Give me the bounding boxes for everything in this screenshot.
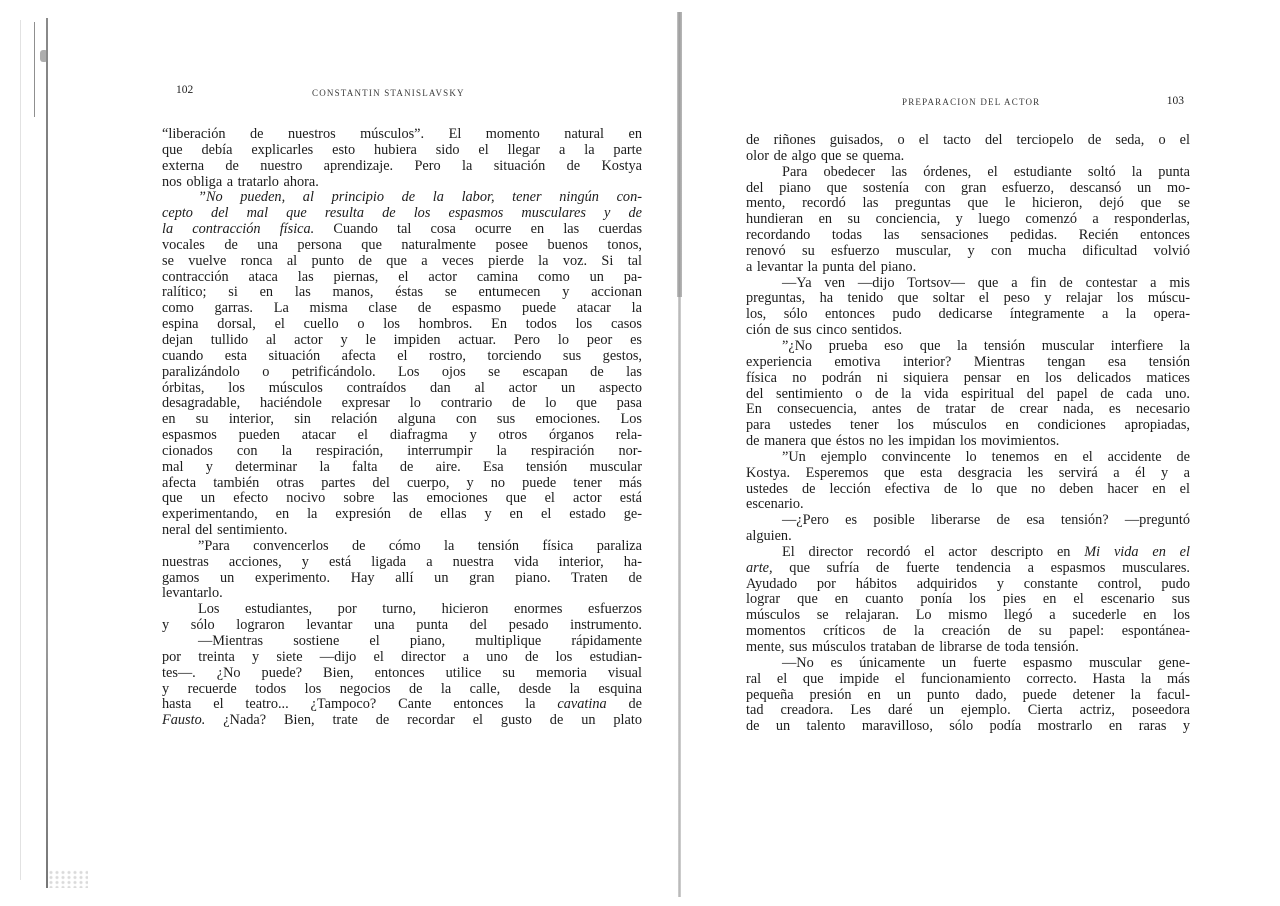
line-text: momentos críticos de la creación de su p… (746, 623, 1190, 639)
running-head-title: PREPARACION DEL ACTOR (902, 97, 1040, 107)
page-body-text: de riñones guisados, o el tacto del terc… (746, 133, 1190, 735)
line-text: en su interior, sin relación alguna con … (162, 411, 642, 427)
text-line: preguntas, ha tenido que soltar el peso … (746, 291, 1190, 307)
line-text: que un efecto nocivo sobre las emociones… (162, 490, 642, 506)
text-line: escenario. (746, 497, 1190, 513)
text-line: dejan tullido al actor y le impiden actu… (162, 333, 642, 349)
line-text: ción de sus cinco sentidos. (746, 322, 902, 338)
text-line: hasta el teatro... ¿Tampoco? Cante enton… (162, 697, 642, 713)
text-line: Kostya. Esperemos que esta desgracia les… (746, 466, 1190, 482)
italic-text: Fausto. (162, 712, 205, 728)
line-text: ustedes de lección efectiva de lo que no… (746, 481, 1190, 497)
line-text: escenario. (746, 496, 804, 512)
text-line: gamos un experimento. Hay allí un gran p… (162, 571, 642, 587)
text-line: espasmos pueden atacar el diafragma y ot… (162, 428, 642, 444)
line-text: que sufría de fuerte tendencia a espasmo… (773, 560, 1190, 576)
line-text: afecta también otras partes del cuerpo, … (162, 475, 642, 491)
text-line: ”Un ejemplo convincente lo tenemos en el… (746, 450, 1190, 466)
line-text: y recuerde todos los negocios de la call… (162, 681, 642, 697)
page-number: 102 (176, 84, 193, 96)
italic-text: cavatina (557, 696, 606, 712)
line-text: de manera que éstos no les impidan los m… (746, 433, 1059, 449)
book-gutter-line (678, 297, 681, 897)
text-line: levantarlo. (162, 586, 642, 602)
line-text: tes—. ¿No puede? Bien, entonces utilice … (162, 665, 642, 681)
line-text: hundieran en su conciencia, y luego come… (746, 211, 1190, 227)
text-line: de manera que éstos no les impidan los m… (746, 434, 1190, 450)
line-text: ”¿No prueba eso que la tensión muscular … (782, 338, 1190, 354)
line-text: nos obliga a tratarlo ahora. (162, 174, 319, 190)
text-line: recordando todas las sensaciones pedidas… (746, 228, 1190, 244)
line-text: a levantar la punta del piano. (746, 259, 916, 275)
text-line: neral del sentimiento. (162, 523, 642, 539)
line-text: mento, recordó las preguntas que le hici… (746, 195, 1190, 211)
text-line: en su interior, sin relación alguna con … (162, 412, 642, 428)
text-line: hundieran en su conciencia, y luego come… (746, 212, 1190, 228)
line-text: pequeña presión en un punto dado, puede … (746, 687, 1190, 703)
running-head-title: CONSTANTIN STANISLAVSKY (312, 88, 465, 98)
line-text: hasta el teatro... ¿Tampoco? Cante enton… (162, 696, 557, 712)
text-line: órbitas, los músculos contraídos dan al … (162, 381, 642, 397)
line-text: —¿Pero es posible liberarse de esa tensi… (782, 512, 1190, 528)
line-text: Kostya. Esperemos que esta desgracia les… (746, 465, 1190, 481)
left-page: 102 CONSTANTIN STANISLAVSKY “liberación … (162, 84, 642, 729)
line-text: física no podrán ni siquiera pensar en l… (746, 370, 1190, 386)
line-text: y sólo lograron levantar una punta del p… (162, 617, 642, 633)
text-line: El director recordó el actor descripto e… (746, 545, 1190, 561)
line-text: órbitas, los músculos contraídos dan al … (162, 380, 642, 396)
italic-text: arte, (746, 560, 773, 576)
text-line: afecta también otras partes del cuerpo, … (162, 476, 642, 492)
line-text: —Mientras sostiene el piano, multiplique… (198, 633, 642, 649)
line-text: del piano que sostenía con gran esfuerzo… (746, 180, 1190, 196)
text-line: contracción ataca las piernas, el actor … (162, 270, 642, 286)
line-text: Para obedecer las órdenes, el estudiante… (782, 164, 1190, 180)
line-text: espasmos pueden atacar el diafragma y ot… (162, 427, 642, 443)
text-line: —¿Pero es posible liberarse de esa tensi… (746, 513, 1190, 529)
text-line: y recuerde todos los negocios de la call… (162, 682, 642, 698)
line-text: Los estudiantes, por turno, hicieron eno… (198, 601, 642, 617)
text-line: que un efecto nocivo sobre las emociones… (162, 491, 642, 507)
text-line: nuestras acciones, y está ligada a nuest… (162, 555, 642, 571)
italic-text: la contracción física. (162, 221, 314, 237)
text-line: de riñones guisados, o el tacto del terc… (746, 133, 1190, 149)
text-line: cuando esta situación afecta el rostro, … (162, 349, 642, 365)
text-line: vocales de una persona que naturalmente … (162, 238, 642, 254)
line-text: ralítico; si en las manos, éstas se entu… (162, 284, 642, 300)
text-line: músculos se relajaran. Lo mismo llegó a … (746, 608, 1190, 624)
text-line: renovó su esfuerzo muscular, y con mucha… (746, 244, 1190, 260)
text-line: se vuelve ronca al punto de que a veces … (162, 254, 642, 270)
text-line: ción de sus cinco sentidos. (746, 323, 1190, 339)
text-line: lograr que en cuanto ponía los pies en e… (746, 592, 1190, 608)
line-text: neral del sentimiento. (162, 522, 287, 538)
right-page: PREPARACION DEL ACTOR 103 de riñones gui… (746, 92, 1190, 735)
book-gutter-shadow (677, 12, 682, 297)
line-text: por treinta y siete —dijo el director a … (162, 649, 642, 665)
text-line: momentos críticos de la creación de su p… (746, 624, 1190, 640)
line-text: renovó su esfuerzo muscular, y con mucha… (746, 243, 1190, 259)
line-text: paralizándolo o petrificándolo. Los ojos… (162, 364, 642, 380)
line-text: tad creadora. Les daré un ejemplo. Ciert… (746, 702, 1190, 718)
text-line: para ustedes tener los músculos en condi… (746, 418, 1190, 434)
line-text: ”Un ejemplo convincente lo tenemos en el… (782, 449, 1190, 465)
line-text: desagradable, haciéndole expresar lo con… (162, 395, 642, 411)
line-text: cepto del mal que resulta de los espasmo… (162, 205, 642, 221)
line-text: para ustedes tener los músculos en condi… (746, 417, 1190, 433)
text-line: —No es únicamente un fuerte espasmo musc… (746, 656, 1190, 672)
page-body-text: “liberación de nuestros músculos”. El mo… (162, 127, 642, 729)
text-line: mal y determinar la falta de aire. Esa t… (162, 460, 642, 476)
scan-dust (48, 870, 88, 888)
line-text: contracción ataca las piernas, el actor … (162, 269, 642, 285)
line-text: cuando esta situación afecta el rostro, … (162, 348, 642, 364)
line-text: Cuando tal cosa ocurre en las cuerdas (314, 221, 642, 237)
line-text: como garras. La misma clase de espasmo p… (162, 300, 642, 316)
text-line: como garras. La misma clase de espasmo p… (162, 301, 642, 317)
scan-edge-left-outer (20, 20, 21, 880)
text-line: ralítico; si en las manos, éstas se entu… (162, 285, 642, 301)
line-text: —No es únicamente un fuerte espasmo musc… (782, 655, 1190, 671)
text-line: la contracción física. Cuando tal cosa o… (162, 222, 642, 238)
text-line: —Ya ven —dijo Tortsov— que a fin de cont… (746, 276, 1190, 292)
line-text: de un talento maravilloso, sólo podía mo… (746, 718, 1190, 734)
line-text: —Ya ven —dijo Tortsov— que a fin de cont… (782, 275, 1190, 291)
text-line: nos obliga a tratarlo ahora. (162, 175, 642, 191)
text-line: experiencia emotiva interior? Mientras t… (746, 355, 1190, 371)
text-line: Fausto. ¿Nada? Bien, trate de recordar e… (162, 713, 642, 729)
line-text: alguien. (746, 528, 792, 544)
text-line: ustedes de lección efectiva de lo que no… (746, 482, 1190, 498)
text-line: del piano que sostenía con gran esfuerzo… (746, 181, 1190, 197)
line-text: mente, sus músculos trataban de librarse… (746, 639, 1079, 655)
text-line: mento, recordó las preguntas que le hici… (746, 196, 1190, 212)
line-text: ¿Nada? Bien, trate de recordar el gusto … (205, 712, 642, 728)
line-text: se vuelve ronca al punto de que a veces … (162, 253, 642, 269)
text-line: ral el que impide el funcionamiento corr… (746, 672, 1190, 688)
line-text: músculos se relajaran. Lo mismo llegó a … (746, 607, 1190, 623)
text-line: desagradable, haciéndole expresar lo con… (162, 396, 642, 412)
text-line: de un talento maravilloso, sólo podía mo… (746, 719, 1190, 735)
text-line: por treinta y siete —dijo el director a … (162, 650, 642, 666)
line-text: experiencia emotiva interior? Mientras t… (746, 354, 1190, 370)
text-line: cepto del mal que resulta de los espasmo… (162, 206, 642, 222)
line-text: externa de nuestro aprendizaje. Pero la … (162, 158, 642, 174)
text-line: ”¿No prueba eso que la tensión muscular … (746, 339, 1190, 355)
line-text: vocales de una persona que naturalmente … (162, 237, 642, 253)
text-line: paralizándolo o petrificándolo. Los ojos… (162, 365, 642, 381)
running-head-right: PREPARACION DEL ACTOR 103 (746, 92, 1190, 112)
text-line: física no podrán ni siquiera pensar en l… (746, 371, 1190, 387)
text-line: del sentimiento o de la vida espiritual … (746, 387, 1190, 403)
line-text: preguntas, ha tenido que soltar el peso … (746, 290, 1190, 306)
line-text: dejan tullido al actor y le impiden actu… (162, 332, 642, 348)
line-text: gamos un experimento. Hay allí un gran p… (162, 570, 642, 586)
line-text: mal y determinar la falta de aire. Esa t… (162, 459, 642, 475)
line-text: olor de algo que se quema. (746, 148, 904, 164)
text-line: Para obedecer las órdenes, el estudiante… (746, 165, 1190, 181)
scan-edge-left-inner (34, 22, 35, 117)
text-line: espina dorsal, el cuello o los hombros. … (162, 317, 642, 333)
text-line: mente, sus músculos trataban de librarse… (746, 640, 1190, 656)
text-line: ”No pueden, al principio de la labor, te… (162, 190, 642, 206)
text-line: “liberación de nuestros músculos”. El mo… (162, 127, 642, 143)
line-text: Ayudado por hábitos adquiridos y constan… (746, 576, 1190, 592)
text-line: tad creadora. Les daré un ejemplo. Ciert… (746, 703, 1190, 719)
page-number: 103 (1167, 95, 1184, 107)
line-text: que debía explicarles esto hubiera sido … (162, 142, 642, 158)
text-line: En consecuencia, antes de tratar de crea… (746, 402, 1190, 418)
line-text: “liberación de nuestros músculos”. El mo… (162, 126, 642, 142)
text-line: olor de algo que se quema. (746, 149, 1190, 165)
text-line: ”Para convencerlos de cómo la tensión fí… (162, 539, 642, 555)
line-text: de riñones guisados, o el tacto del terc… (746, 132, 1190, 148)
line-text: El director recordó el actor descripto e… (782, 544, 1084, 560)
line-text: ral el que impide el funcionamiento corr… (746, 671, 1190, 687)
line-text: recordando todas las sensaciones pedidas… (746, 227, 1190, 243)
line-text: levantarlo. (162, 585, 223, 601)
text-line: tes—. ¿No puede? Bien, entonces utilice … (162, 666, 642, 682)
italic-text: Mi vida en el (1084, 544, 1190, 560)
text-line: experimentando, en la expresión de ellas… (162, 507, 642, 523)
text-line: a levantar la punta del piano. (746, 260, 1190, 276)
line-text: del sentimiento o de la vida espiritual … (746, 386, 1190, 402)
running-head-left: 102 CONSTANTIN STANISLAVSKY (162, 84, 642, 104)
line-text: En consecuencia, antes de tratar de crea… (746, 401, 1190, 417)
line-text: lograr que en cuanto ponía los pies en e… (746, 591, 1190, 607)
scan-page-edge-left (46, 18, 48, 888)
line-text: los, sólo entonces pudo dedicarse íntegr… (746, 306, 1190, 322)
text-line: Ayudado por hábitos adquiridos y constan… (746, 577, 1190, 593)
text-line: que debía explicarles esto hubiera sido … (162, 143, 642, 159)
line-text: experimentando, en la expresión de ellas… (162, 506, 642, 522)
line-tail: de (607, 696, 642, 712)
text-line: pequeña presión en un punto dado, puede … (746, 688, 1190, 704)
scan-smudge (40, 50, 48, 62)
text-line: alguien. (746, 529, 1190, 545)
line-text: nuestras acciones, y está ligada a nuest… (162, 554, 642, 570)
text-line: externa de nuestro aprendizaje. Pero la … (162, 159, 642, 175)
line-text: espina dorsal, el cuello o los hombros. … (162, 316, 642, 332)
text-line: y sólo lograron levantar una punta del p… (162, 618, 642, 634)
line-text: ”Para convencerlos de cómo la tensión fí… (198, 538, 642, 554)
text-line: cionados con la respiración, interrumpir… (162, 444, 642, 460)
text-line: los, sólo entonces pudo dedicarse íntegr… (746, 307, 1190, 323)
text-line: Los estudiantes, por turno, hicieron eno… (162, 602, 642, 618)
line-text: ”No pueden, al principio de la labor, te… (198, 189, 642, 205)
text-line: arte, que sufría de fuerte tendencia a e… (746, 561, 1190, 577)
text-line: —Mientras sostiene el piano, multiplique… (162, 634, 642, 650)
line-text: cionados con la respiración, interrumpir… (162, 443, 642, 459)
